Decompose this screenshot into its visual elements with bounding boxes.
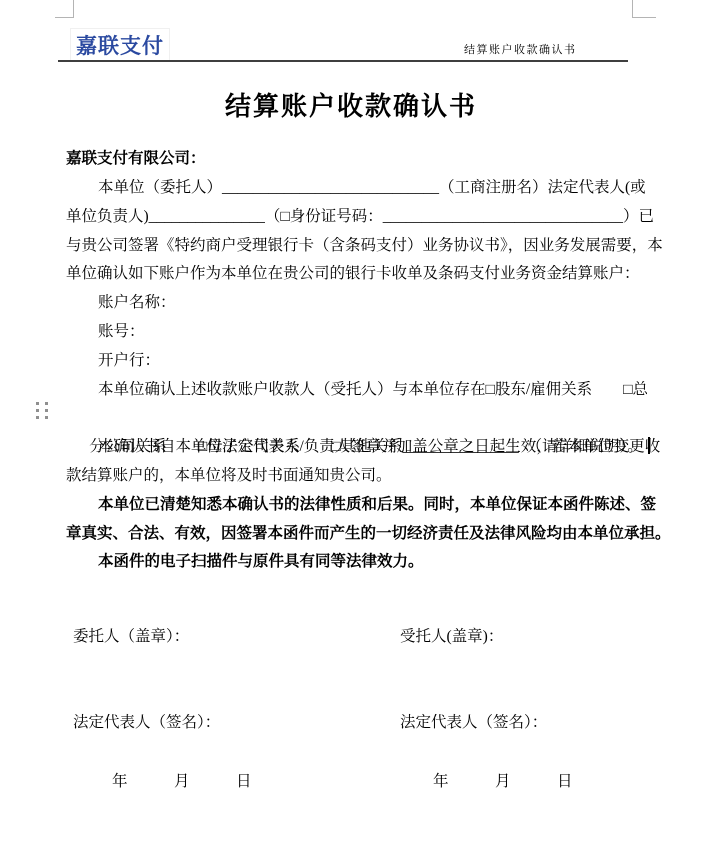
drag-handle-dot	[45, 402, 48, 405]
drag-handle-dot	[36, 402, 39, 405]
body-line-8[interactable]: 本单位确认上述收款账户收款人（受托人）与本单位存在□股东/雇佣关系 □总	[66, 376, 666, 405]
page-title[interactable]: 结算账户收款确认书	[0, 86, 702, 123]
body-line-13[interactable]: 章真实、合法、有效，因签署本函件而产生的一切经济责任及法律风险均由本单位承担。	[66, 520, 666, 549]
body-line-11[interactable]: 款结算账户的，本单位将及时书面通知贵公司。	[66, 462, 666, 491]
margin-crop-mark-top-left	[55, 0, 74, 18]
document-body: 本单位（委托人）____________________________（工商注…	[66, 174, 666, 577]
drag-handle-dot	[45, 409, 48, 412]
drag-handle-dot	[45, 416, 48, 419]
delegator-sign-label[interactable]: 法定代表人（签名）：	[73, 710, 220, 732]
document-page: 嘉联支付 结算账户收款确认书 结算账户收款确认书 嘉联支付有限公司： 本单位（委…	[0, 0, 702, 841]
body-line-3[interactable]: 与贵公司签署《特约商户受理银行卡（含条码支付）业务协议书》，因业务发展需要，本	[66, 232, 666, 261]
drag-handle-dot	[36, 416, 39, 419]
trustee-seal-label[interactable]: 受托人(盖章)：	[400, 624, 503, 646]
company-logo[interactable]: 嘉联支付	[70, 28, 170, 62]
date-line-left[interactable]: 年 月 日	[112, 769, 252, 791]
delegator-seal-label[interactable]: 委托人（盖章）：	[73, 624, 189, 646]
date-line-right[interactable]: 年 月 日	[433, 769, 573, 791]
body-line-14[interactable]: 本函件的电子扫描件与原件具有同等法律效力。	[66, 548, 666, 577]
body-line-4[interactable]: 单位确认如下账户作为本单位在贵公司的银行卡收单及条码支付业务资金结算账户：	[66, 260, 666, 289]
header-rule	[58, 60, 628, 62]
salutation[interactable]: 嘉联支付有限公司：	[66, 146, 206, 168]
trustee-sign-label[interactable]: 法定代表人（签名）：	[400, 710, 547, 732]
body-line-6[interactable]: 账号：	[66, 318, 666, 347]
body-line-12[interactable]: 本单位已清楚知悉本确认书的法律性质和后果。同时，本单位保证本函件陈述、签	[66, 491, 666, 520]
body-line-10[interactable]: 本确认书自本单位法定代表人/负责人签章并加盖公章之日起生效，若本单位变更收	[66, 433, 666, 462]
body-line-7[interactable]: 开户行：	[66, 347, 666, 376]
body-line-2[interactable]: 单位负责人)_______________（□身份证号码：___________…	[66, 203, 666, 232]
body-line-9[interactable]: 分公司关系 □母子公司关系 □其他关系_______________ （请详细说…	[66, 404, 666, 433]
drag-handle-dot	[36, 409, 39, 412]
body-line-5[interactable]: 账户名称：	[66, 289, 666, 318]
body-line-1[interactable]: 本单位（委托人）____________________________（工商注…	[66, 174, 666, 203]
margin-crop-mark-top-right	[632, 0, 656, 18]
paragraph-drag-handle-icon[interactable]	[36, 402, 48, 419]
header-doc-title[interactable]: 结算账户收款确认书	[464, 41, 577, 57]
